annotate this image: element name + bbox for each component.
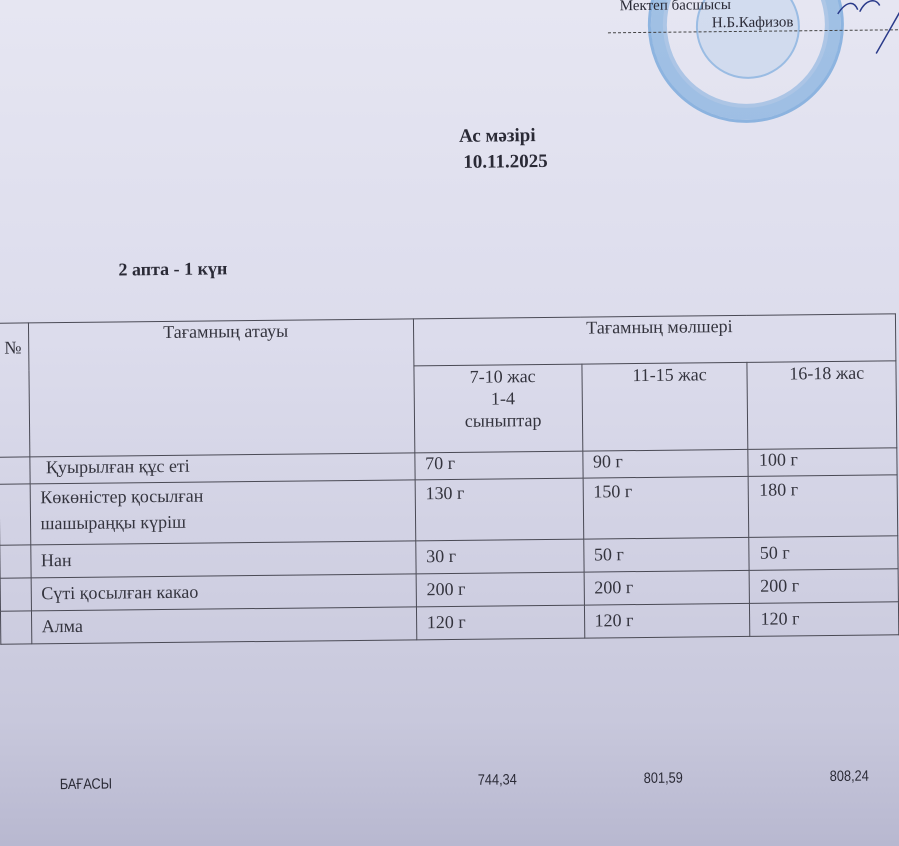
document-date: 10.11.2025	[463, 151, 548, 174]
document-title: Ас мәзірі	[459, 125, 536, 148]
row-number	[0, 545, 31, 578]
approval-role: Мектеп басшысы	[620, 0, 731, 15]
qty-7-10: 200 г	[416, 572, 584, 607]
dish-name: Алма	[31, 607, 417, 644]
qty-7-10: 70 г	[415, 451, 583, 480]
dish-name-text: Көкөністер қосылған шашыраңқы күріш	[40, 482, 271, 536]
header-age-11-15: 11-15 жас	[581, 362, 748, 451]
dish-name: Көкөністер қосылған шашыраңқы күріш	[30, 480, 416, 545]
qty-16-18: 100 г	[748, 448, 897, 477]
price-11-15: 801,59	[644, 770, 683, 787]
qty-16-18: 50 г	[749, 536, 898, 571]
qty-11-15: 150 г	[583, 476, 750, 539]
price-label: БАҒАСЫ	[60, 776, 112, 794]
table-row: Көкөністер қосылған шашыраңқы күріш 130 …	[0, 475, 898, 545]
header-age-7-10: 7-10 жас 1-4 сыныптар	[414, 364, 583, 453]
dish-name: Сүті қосылған какао	[31, 574, 417, 611]
qty-7-10: 120 г	[416, 605, 584, 640]
price-7-10: 744,34	[478, 771, 517, 788]
approval-name: Н.Б.Кафизов	[712, 14, 794, 32]
row-number	[0, 611, 31, 644]
qty-7-10: 130 г	[415, 478, 583, 541]
header-age-16-18: 16-18 жас	[747, 361, 896, 450]
row-number	[0, 457, 30, 484]
price-16-18: 808,24	[830, 768, 869, 785]
qty-16-18: 180 г	[749, 475, 898, 538]
qty-11-15: 120 г	[584, 603, 750, 638]
menu-document: Мектеп басшысы Н.Б.Кафизов Ас мәзірі 10.…	[0, 0, 899, 846]
qty-16-18: 120 г	[750, 602, 899, 637]
row-number	[0, 578, 31, 611]
dish-name: Қуырылған құс еті	[29, 453, 414, 484]
menu-table: № Тағамның атауы Тағамның мөлшері 7-10 ж…	[0, 313, 899, 644]
header-number: №	[0, 323, 29, 457]
grade-suffix: сыныптар	[425, 409, 582, 433]
qty-11-15: 50 г	[583, 537, 749, 572]
qty-7-10: 30 г	[415, 539, 583, 574]
row-number	[0, 484, 30, 545]
age-label: 16-18 жас	[758, 361, 896, 384]
dish-name: Нан	[30, 541, 416, 578]
grade-label: 1-4	[424, 387, 581, 411]
age-label: 7-10 жас	[424, 365, 581, 389]
qty-11-15: 200 г	[584, 570, 750, 605]
signature-icon	[836, 0, 899, 56]
qty-11-15: 90 г	[582, 449, 748, 478]
week-day-label: 2 апта - 1 күн	[118, 258, 227, 280]
header-dish-name: Тағамның атауы	[28, 319, 415, 457]
header-quantity: Тағамның мөлшері	[413, 314, 896, 366]
qty-16-18: 200 г	[750, 569, 899, 604]
age-label: 11-15 жас	[592, 363, 747, 387]
